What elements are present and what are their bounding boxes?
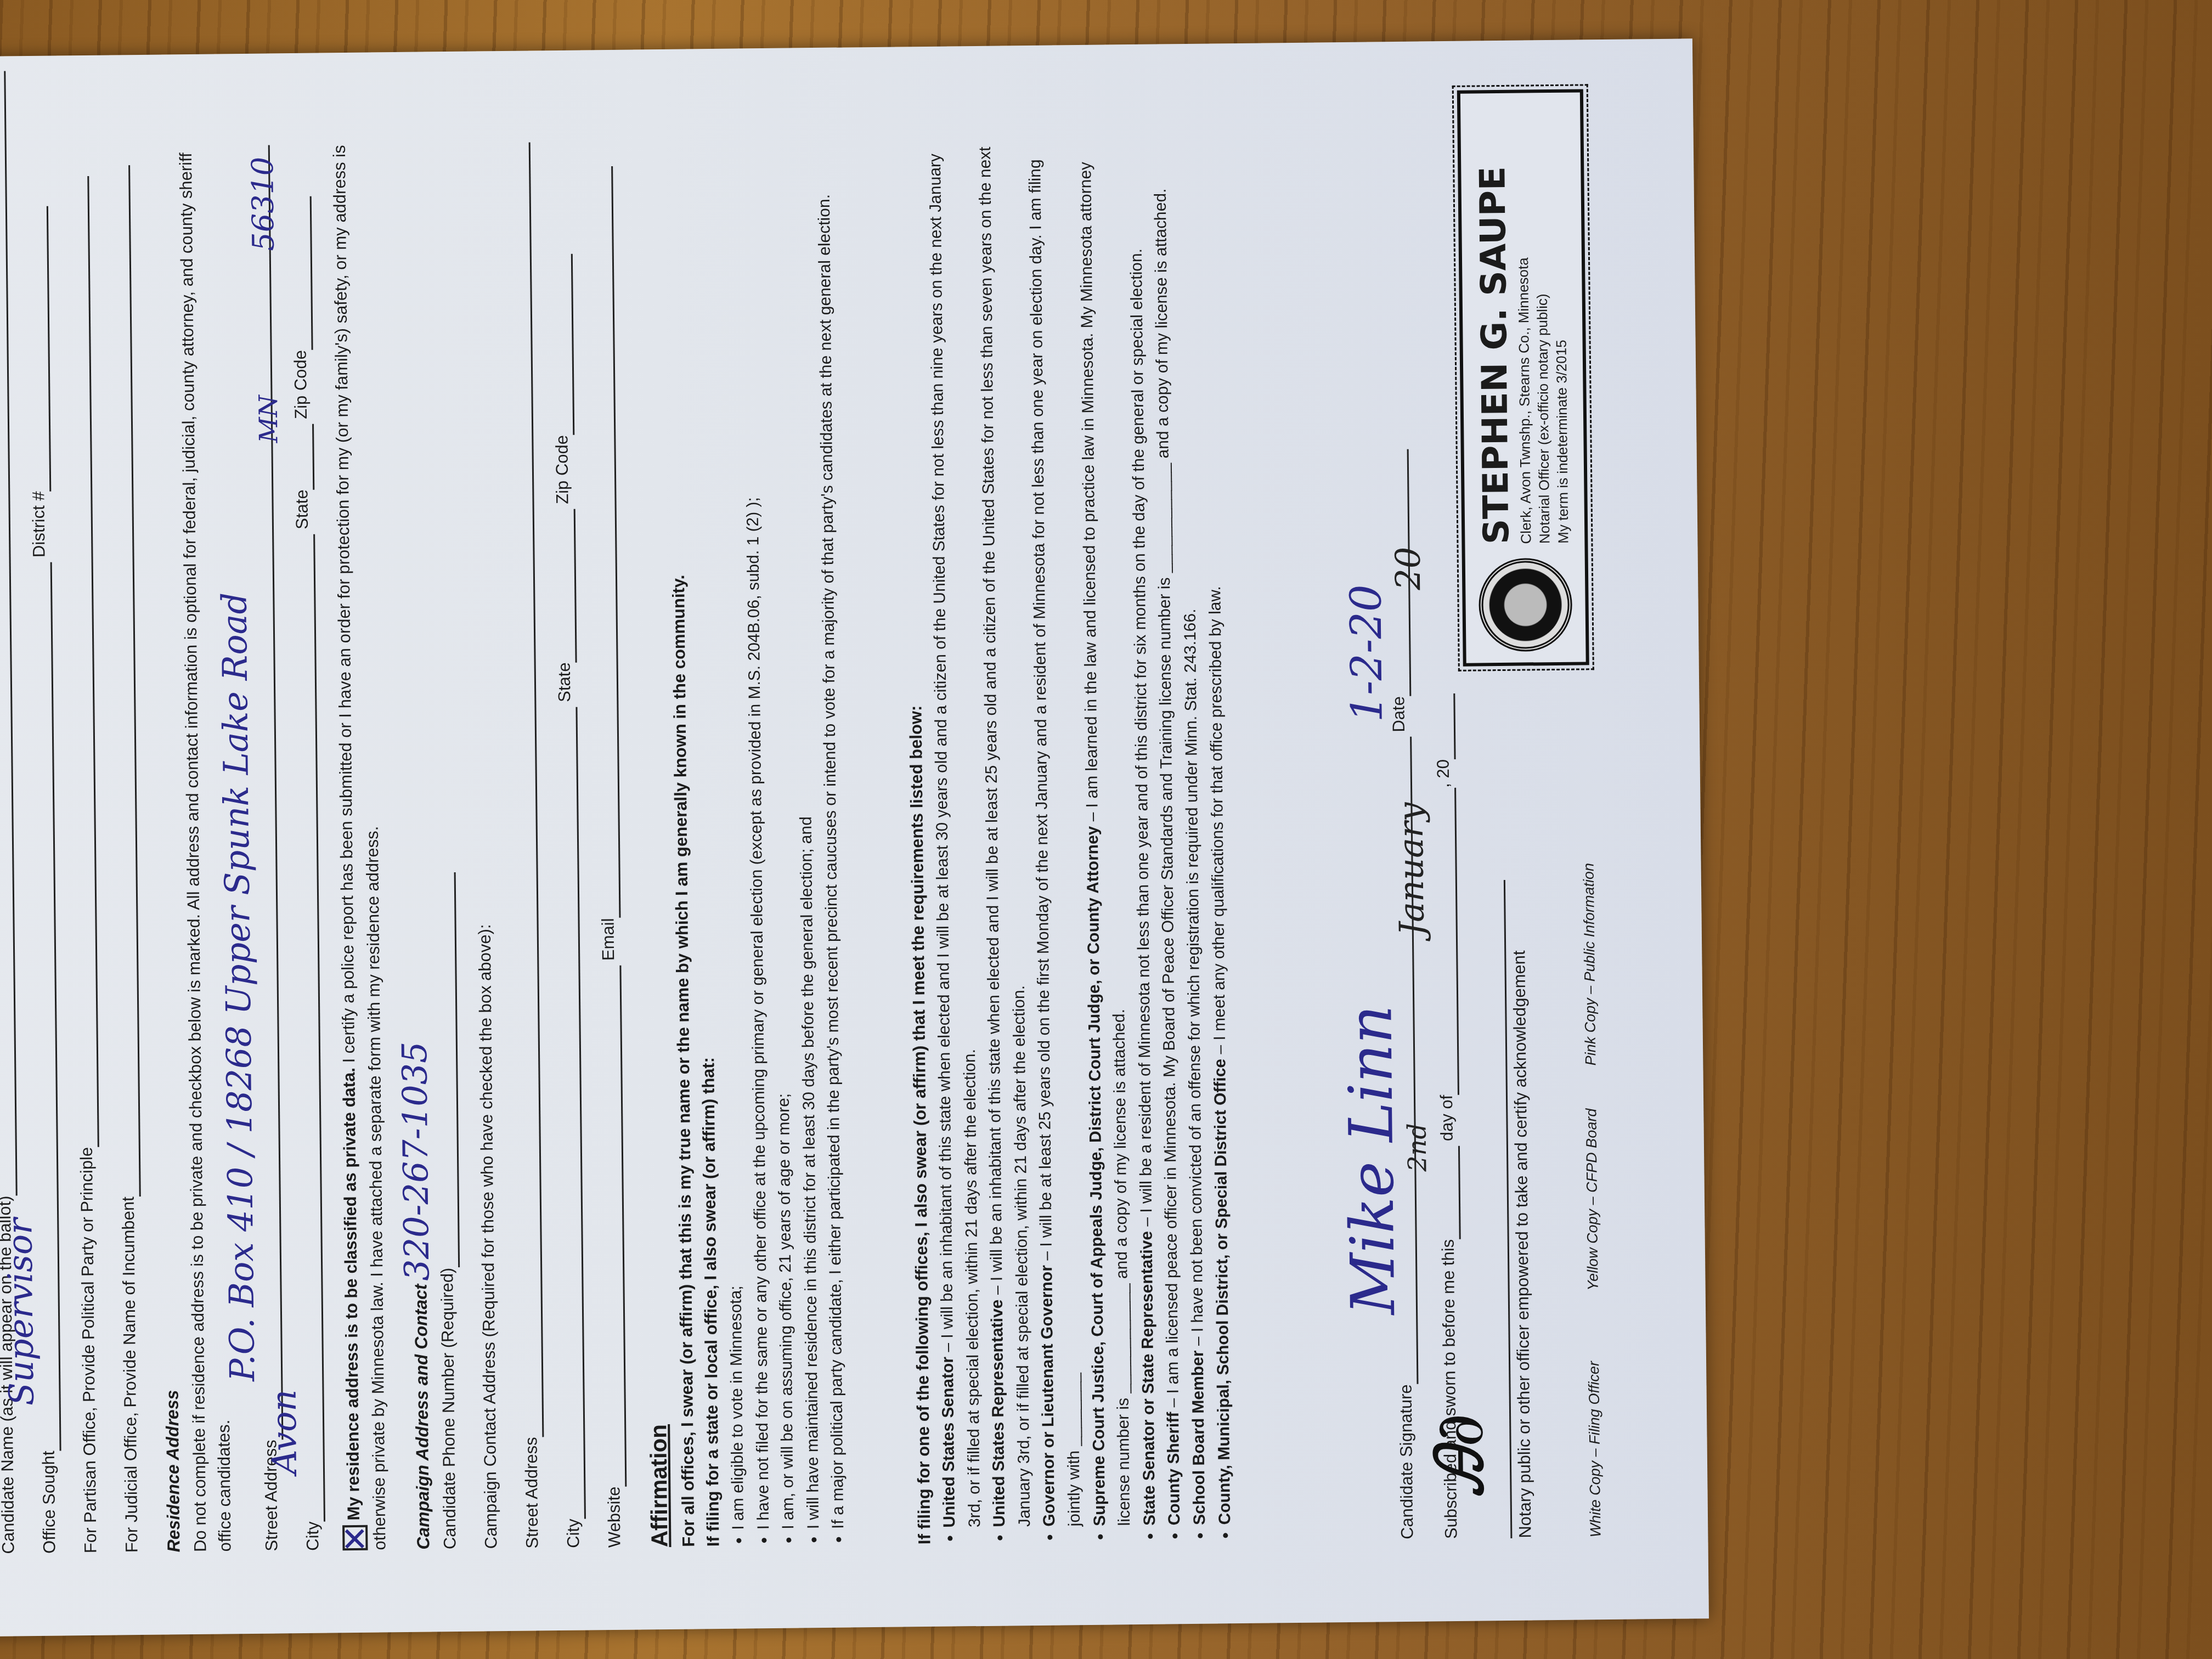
campaign-web-field[interactable]: Website Email bbox=[588, 166, 627, 1548]
footer-pink-copy: Pink Copy – Public Information bbox=[1581, 863, 1600, 1065]
campaign-phone-value: 320-267-1035 bbox=[394, 1041, 437, 1281]
private-address-option: ✕ My residence address is to be classifi… bbox=[327, 112, 392, 1550]
office-requirement-text: – I meet any other qualifications for th… bbox=[1206, 586, 1229, 1059]
sworn-day-value: 2nd bbox=[1402, 1123, 1432, 1172]
city-label: City bbox=[303, 1521, 323, 1551]
notary-stamp: STEPHEN G. SAUPE Clerk, Avon Twnshp., St… bbox=[1457, 89, 1589, 666]
residence-heading: Residence Address bbox=[162, 1390, 184, 1552]
office-name: Supreme Court Justice, Court of Appeals … bbox=[1083, 826, 1108, 1526]
signature-label: Candidate Signature bbox=[1396, 1384, 1417, 1539]
general-requirements-list: I am eligible to vote in Minnesota;I hav… bbox=[711, 125, 851, 1547]
campaign-city-label: City bbox=[563, 1519, 583, 1548]
stamp-line-3: My term is indeterminate 3/2015 bbox=[1550, 166, 1573, 544]
office-sought-value: Supervisor bbox=[0, 1218, 42, 1406]
checkmark-x-icon: ✕ bbox=[339, 1525, 373, 1553]
affirmation-heading: Affirmation bbox=[645, 1424, 673, 1547]
district-label: District # bbox=[29, 491, 48, 557]
campaign-heading: Campaign Address and Contact bbox=[410, 1284, 433, 1550]
sworn-year-field[interactable] bbox=[1453, 693, 1455, 759]
sworn-statement: Subscribed and sworn to before me this d… bbox=[1430, 693, 1464, 1539]
office-name: Governor or Lieutenant Governor bbox=[1038, 1265, 1059, 1527]
residence-zip-value: 56310 bbox=[245, 156, 281, 251]
campaign-street-field[interactable]: Street Address bbox=[506, 142, 545, 1549]
email-label: Email bbox=[598, 918, 618, 961]
footer-yellow-copy: Yellow Copy – CFPD Board bbox=[1583, 1109, 1601, 1291]
day-of-label: day of bbox=[1437, 1095, 1457, 1142]
campaign-street-label: Street Address bbox=[521, 1437, 541, 1549]
judicial-incumbent-field[interactable]: For Judicial Office, Provide Name of Inc… bbox=[105, 165, 144, 1553]
office-sought-label: Office Sought bbox=[39, 1451, 59, 1554]
office-requirement-text: – I have not been convicted of an offens… bbox=[1181, 608, 1207, 1350]
campaign-contact-note: Campaign Contact Address (Required for t… bbox=[473, 924, 504, 1549]
state-label: State bbox=[292, 489, 312, 529]
office-name: United States Representative bbox=[988, 1299, 1008, 1527]
office-requirements-list: United States Senator – I will be an inh… bbox=[922, 120, 1237, 1544]
affidavit-paper: The Great Seal of the State of Minnesota… bbox=[0, 38, 1709, 1640]
office-name: United States Senator bbox=[939, 1357, 958, 1528]
sworn-year-value: 20 bbox=[1387, 546, 1428, 590]
stamp-seal-icon bbox=[1479, 558, 1573, 652]
office-name: County, Municipal, School District, or S… bbox=[1211, 1059, 1234, 1525]
sworn-month-value: January bbox=[1390, 802, 1432, 936]
campaign-zip-label: Zip Code bbox=[552, 435, 572, 504]
partisan-label: For Partisan Office, Provide Political P… bbox=[77, 1147, 100, 1554]
partisan-party-field[interactable]: For Partisan Office, Provide Political P… bbox=[64, 176, 103, 1554]
website-label: Website bbox=[604, 1486, 624, 1548]
notary-label: Notary public or other officer empowered… bbox=[1507, 950, 1538, 1538]
office-name: State Senator or State Representative bbox=[1137, 1231, 1159, 1526]
office-name: County Sheriff bbox=[1164, 1412, 1183, 1525]
date-value: 1-2-20 bbox=[1341, 584, 1392, 723]
footer-white-copy: White Copy – Filing Officer bbox=[1585, 1361, 1604, 1537]
judicial-label: For Judicial Office, Provide Name of Inc… bbox=[119, 1197, 142, 1553]
residence-street-value: P.O. Box 410 / 18268 Upper Spunk Lake Ro… bbox=[214, 592, 262, 1381]
residence-city-field[interactable]: City State Zip Code bbox=[287, 196, 326, 1551]
stamp-name: STEPHEN G. SAUPE bbox=[1473, 166, 1517, 545]
private-address-bold: My residence address is to be classified… bbox=[339, 1068, 363, 1521]
sworn-month-field[interactable] bbox=[1454, 788, 1459, 1095]
residence-city-value: Avon bbox=[263, 1389, 304, 1474]
campaign-state-label: State bbox=[555, 662, 574, 702]
zip-label: Zip Code bbox=[291, 350, 311, 419]
district-field[interactable] bbox=[47, 206, 51, 491]
year-prefix: , 20 bbox=[1434, 759, 1453, 788]
private-address-checkbox[interactable]: ✕ bbox=[342, 1525, 368, 1550]
campaign-city-field[interactable]: City State Zip Code bbox=[548, 254, 586, 1548]
email-field[interactable] bbox=[611, 166, 620, 918]
residence-state-value: MN bbox=[253, 395, 283, 443]
candidate-signature-value: Mike Linn bbox=[1335, 1005, 1408, 1315]
office-name: School Board Member bbox=[1189, 1350, 1209, 1525]
notary-signature-scribble: Ꭿ∂ bbox=[1421, 1413, 1499, 1495]
phone-label: Candidate Phone Number (Required) bbox=[437, 1267, 459, 1549]
